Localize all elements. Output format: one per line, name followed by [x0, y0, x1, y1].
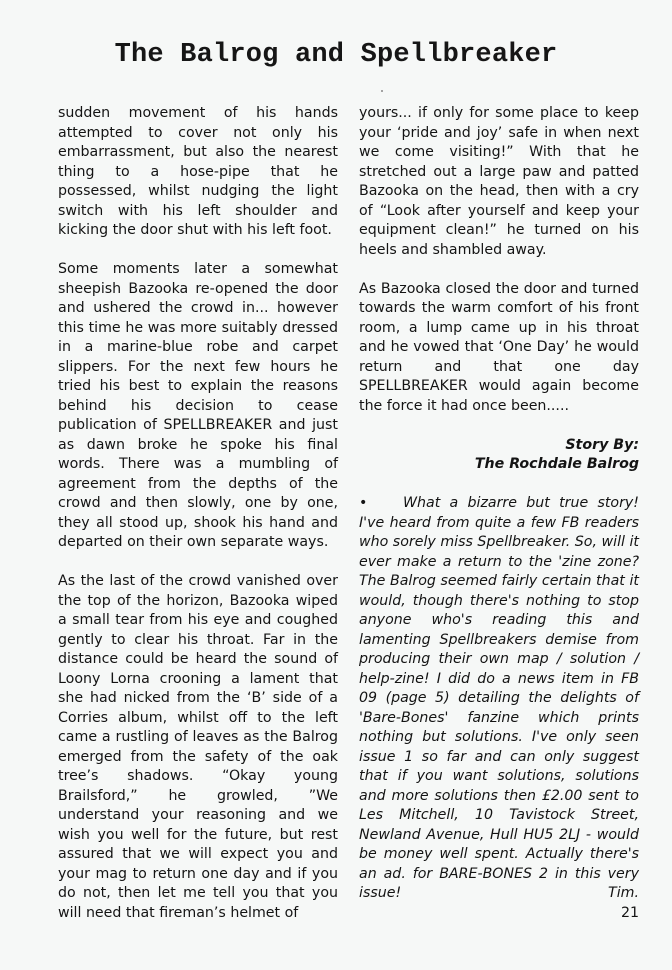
spacer: [359, 475, 639, 495]
story-paragraph: As the last of the crowd vanished over t…: [58, 572, 338, 923]
story-paragraph: As Bazooka closed the door and turned to…: [359, 280, 639, 417]
bullet-icon: •: [359, 494, 403, 514]
byline-author: The Rochdale Balrog: [359, 455, 639, 475]
editor-note-text: What a bizarre but true story! I've hear…: [359, 495, 639, 901]
right-column: yours... if only for some place to keep …: [359, 104, 639, 923]
page-title: The Balrog and Spellbreaker: [0, 40, 672, 70]
story-paragraph: yours... if only for some place to keep …: [359, 104, 639, 260]
page-number: 21: [359, 904, 639, 924]
editor-signoff: Tim.: [608, 884, 639, 904]
story-paragraph: Some moments later a somewhat sheepish B…: [58, 260, 338, 553]
left-column: sudden movement of his hands attempted t…: [58, 104, 338, 923]
editor-note: •What a bizarre but true story! I've hea…: [359, 494, 639, 904]
print-speck: [381, 90, 383, 92]
story-paragraph: sudden movement of his hands attempted t…: [58, 104, 338, 241]
byline-label: Story By:: [359, 436, 639, 456]
